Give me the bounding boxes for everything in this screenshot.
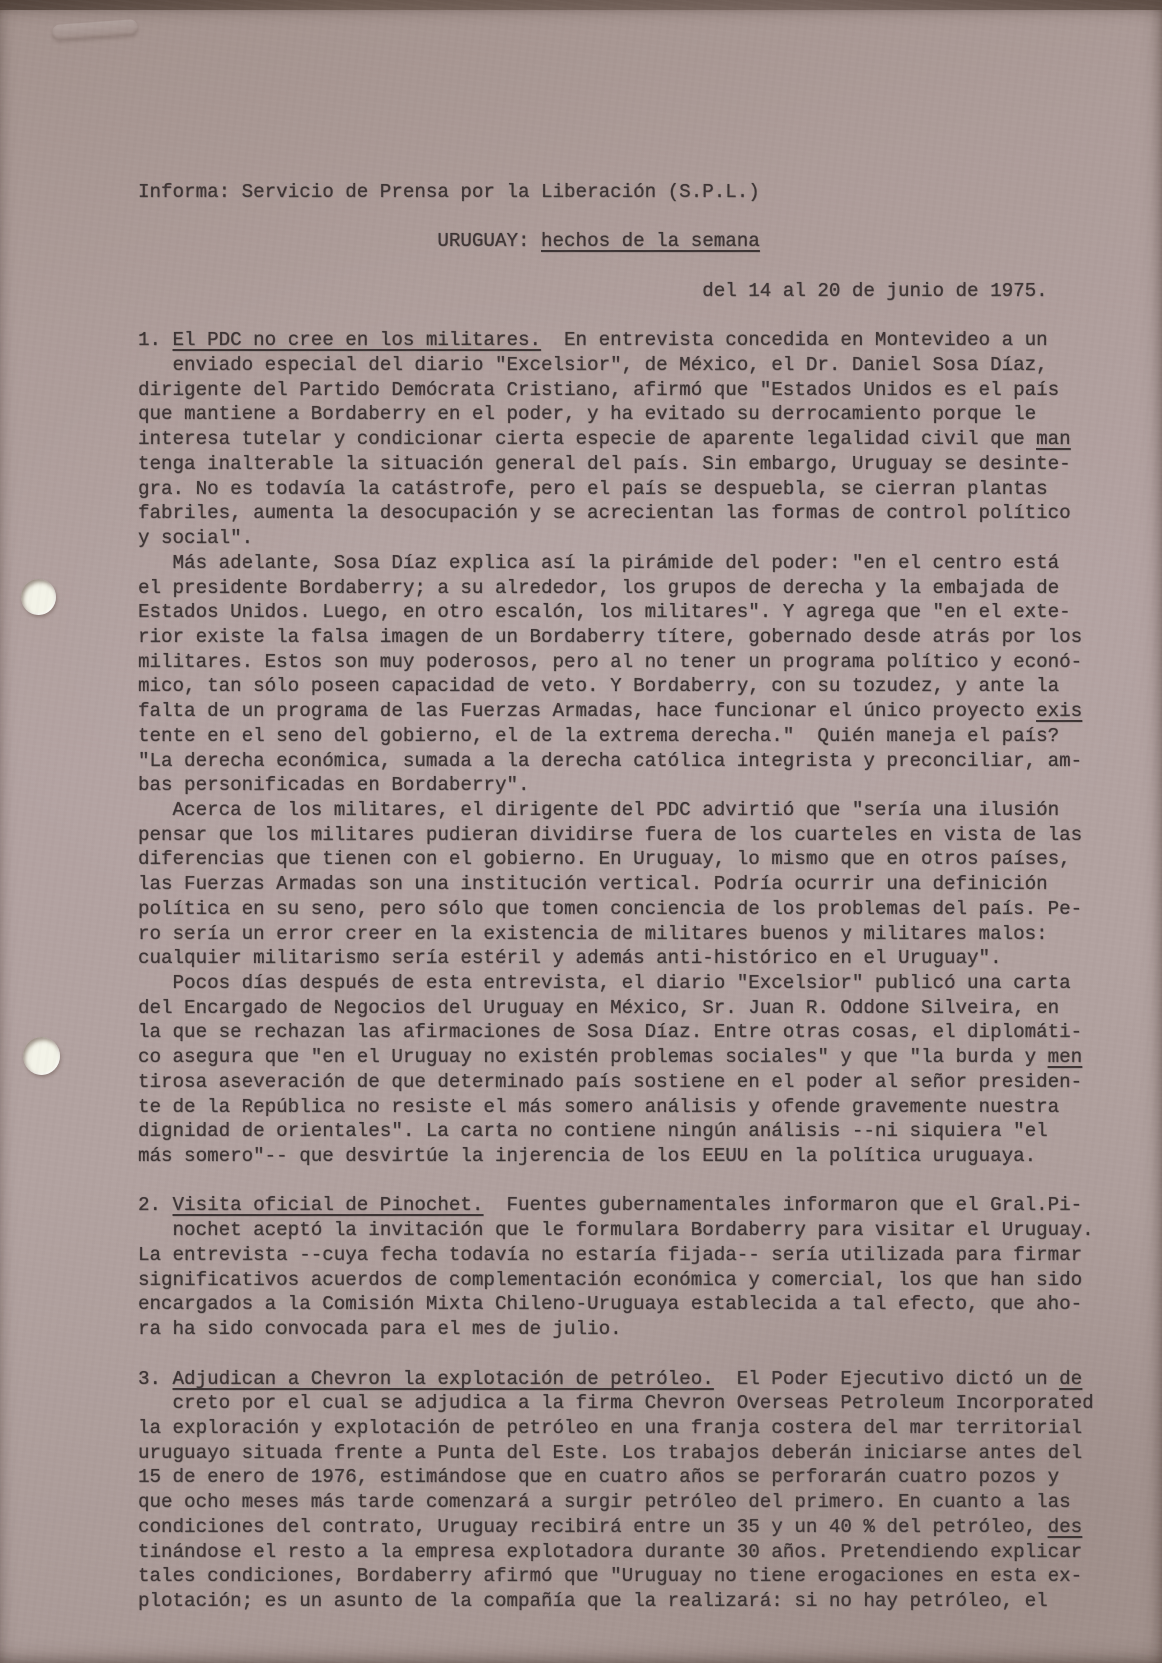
text-line: "La derecha económica, sumada a la derec…	[138, 749, 1128, 774]
text-line	[138, 254, 1128, 279]
text-line: ra ha sido convocada para el mes de juli…	[138, 1317, 1128, 1342]
punch-hole-bottom	[23, 1037, 60, 1075]
text-line: gra. No es todavía la catástrofe, pero e…	[138, 477, 1128, 502]
text-line: diferencias que tienen con el gobierno. …	[138, 847, 1128, 872]
text-line: tinándose el resto a la empresa explotad…	[138, 1540, 1128, 1565]
title-line: URUGUAY: hechos de la semana	[138, 229, 1128, 254]
informa-line: Informa: Servicio de Prensa por la Liber…	[138, 180, 1128, 205]
text-line: significativos acuerdos de complementaci…	[138, 1268, 1128, 1293]
text-line: condiciones del contrato, Uruguay recibi…	[138, 1515, 1128, 1540]
section-2-heading-line: 2. Visita oficial de Pinochet. Fuentes g…	[138, 1193, 1128, 1218]
text-line: tales condiciones, Bordaberry afirmó que…	[138, 1564, 1128, 1589]
text-line: interesa tutelar y condicionar cierta es…	[138, 427, 1128, 452]
text-line: dignidad de orientales". La carta no con…	[138, 1119, 1128, 1144]
staple-mark	[52, 19, 139, 41]
text-line: y social".	[138, 526, 1128, 551]
text-line: Estados Unidos. Luego, en otro escalón, …	[138, 600, 1128, 625]
text-line: que ocho meses más tarde comenzará a sur…	[138, 1490, 1128, 1515]
text-line: la que se rechazan las afirmaciones de S…	[138, 1020, 1128, 1045]
text-line: plotación; es un asunto de la compañía q…	[138, 1589, 1128, 1614]
text-line: nochet aceptó la invitación que le formu…	[138, 1218, 1128, 1243]
text-line: rior existe la falsa imagen de un Bordab…	[138, 625, 1128, 650]
text-line	[138, 205, 1128, 230]
text-line: militares. Estos son muy poderosos, pero…	[138, 650, 1128, 675]
text-line: uruguayo situada frente a Punta del Este…	[138, 1441, 1128, 1466]
text-line	[138, 1342, 1128, 1367]
section-1-heading-line: 1. El PDC no cree en los militares. En e…	[138, 328, 1128, 353]
text-line: dirigente del Partido Demócrata Cristian…	[138, 378, 1128, 403]
text-line: las Fuerzas Armadas son una institución …	[138, 872, 1128, 897]
photo-top-edge	[0, 0, 1162, 10]
text-line: tente en el seno del gobierno, el de la …	[138, 724, 1128, 749]
text-line: el presidente Bordaberry; a su alrededor…	[138, 576, 1128, 601]
text-line: mico, tan sólo poseen capacidad de veto.…	[138, 674, 1128, 699]
text-line: te de la República no resiste el más som…	[138, 1095, 1128, 1120]
text-line: pensar que los militares pudieran dividi…	[138, 823, 1128, 848]
text-line: del Encargado de Negocios del Uruguay en…	[138, 996, 1128, 1021]
text-line: tenga inalterable la situación general d…	[138, 452, 1128, 477]
text-line: enviado especial del diario "Excelsior",…	[138, 353, 1128, 378]
section-3-heading-line: 3. Adjudican a Chevron la explotación de…	[138, 1367, 1128, 1392]
text-line: la exploración y explotación de petróleo…	[138, 1416, 1128, 1441]
text-line: política en su seno, pero sólo que tomen…	[138, 897, 1128, 922]
date-line: del 14 al 20 de junio de 1975.	[138, 279, 1128, 304]
text-line: Más adelante, Sosa Díaz explica así la p…	[138, 551, 1128, 576]
text-line: cualquier militarismo sería estéril y ad…	[138, 946, 1128, 971]
text-line: creto por el cual se adjudica a la firma…	[138, 1391, 1128, 1416]
text-line: ro sería un error creer en la existencia…	[138, 922, 1128, 947]
text-line: encargados a la Comisión Mixta Chileno-U…	[138, 1292, 1128, 1317]
document-page: Informa: Servicio de Prensa por la Liber…	[0, 0, 1162, 1663]
text-line: 15 de enero de 1976, estimándose que en …	[138, 1465, 1128, 1490]
text-line: fabriles, aumenta la desocupación y se a…	[138, 501, 1128, 526]
text-line: falta de un programa de las Fuerzas Arma…	[138, 699, 1128, 724]
text-line: más somero"-- que desvirtúe la injerenci…	[138, 1144, 1128, 1169]
text-line: que mantiene a Bordaberry en el poder, y…	[138, 402, 1128, 427]
text-line: co asegura que "en el Uruguay no existén…	[138, 1045, 1128, 1070]
text-line	[138, 1169, 1128, 1194]
text-line: Pocos días después de esta entrevista, e…	[138, 971, 1128, 996]
text-line	[138, 304, 1128, 329]
punch-hole-top	[21, 579, 56, 615]
text-line: La entrevista --cuya fecha todavía no es…	[138, 1243, 1128, 1268]
text-line: Acerca de los militares, el dirigente de…	[138, 798, 1128, 823]
text-line: bas personificadas en Bordaberry".	[138, 773, 1128, 798]
text-line: tirosa aseveración de que determinado pa…	[138, 1070, 1128, 1095]
typed-text: Informa: Servicio de Prensa por la Liber…	[138, 180, 1128, 1614]
